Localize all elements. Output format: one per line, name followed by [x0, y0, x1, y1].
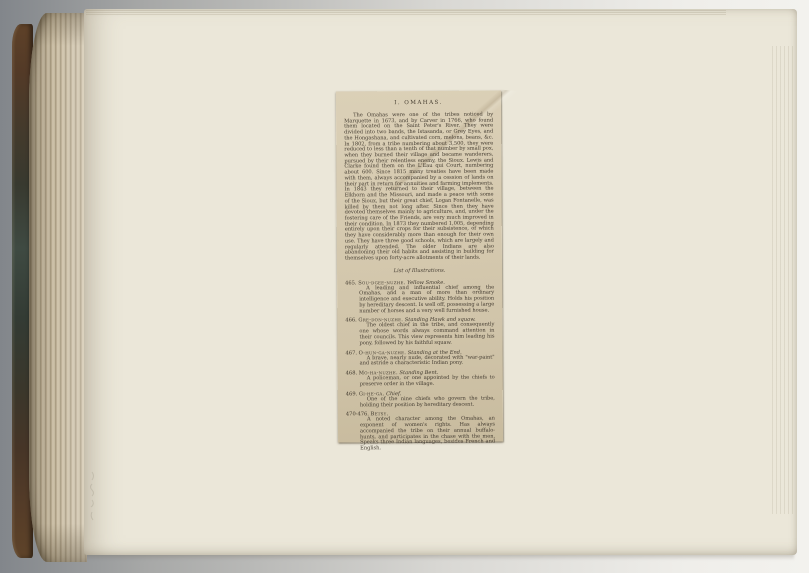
illustration-entry: 465. Sou-dgee-nuzhe. Yellow Smoke. A lea… — [345, 279, 494, 315]
illustration-entry: 469. Gi-he-ga. Chief. One of the nine ch… — [346, 390, 495, 408]
entry-number: 469. — [346, 391, 357, 397]
entry-number: 467. — [346, 350, 357, 356]
page-edges-stack — [29, 13, 87, 562]
entry-description: The oldest chief in the tribe, and conse… — [359, 323, 494, 347]
pasted-catalogue-clipping: I. OMAHAS. The Omahas were one of the tr… — [336, 90, 503, 442]
illustration-entry: 470-476. Betsy. A noted character among … — [346, 411, 495, 452]
entry-description: A policeman, or one appointed by the chi… — [360, 376, 495, 388]
pencil-inscription — [84, 468, 100, 528]
page-fore-edge-lines — [769, 46, 795, 514]
section-title: I. OMAHAS. — [344, 100, 493, 107]
entry-description: A brave, nearly nude, decorated with "wa… — [360, 355, 495, 367]
clipping-text-block: I. OMAHAS. The Omahas were one of the tr… — [336, 90, 503, 442]
intro-paragraph: The Omahas were one of the tribes notice… — [344, 113, 494, 263]
page-edges-shading — [29, 13, 87, 562]
entry-number: 465. — [345, 280, 356, 286]
entry-description: A noted character among the Omahas, an e… — [360, 417, 495, 452]
entry-description: A leading and influential chief among th… — [359, 285, 494, 314]
page-top-edge-lines — [86, 9, 726, 16]
list-of-illustrations-heading: List of Illustrations. — [345, 268, 494, 275]
illustration-entry: 466. Gre-don-nuzhe. Standing Hawk and sq… — [345, 317, 494, 347]
entry-number: 468. — [346, 371, 357, 377]
entry-number: 466. — [345, 318, 356, 324]
entry-number: 470-476. — [346, 412, 369, 418]
illustration-entry: 467. O-hun-ga-nuzhe. Standing at the End… — [346, 349, 495, 367]
illustration-entry: 468. Mo-ha-nuzhe. Standing Bent. A polic… — [346, 370, 495, 388]
entry-description: One of the nine chiefs who govern the tr… — [360, 396, 495, 408]
photograph-of-open-album: I. OMAHAS. The Omahas were one of the tr… — [0, 0, 809, 573]
